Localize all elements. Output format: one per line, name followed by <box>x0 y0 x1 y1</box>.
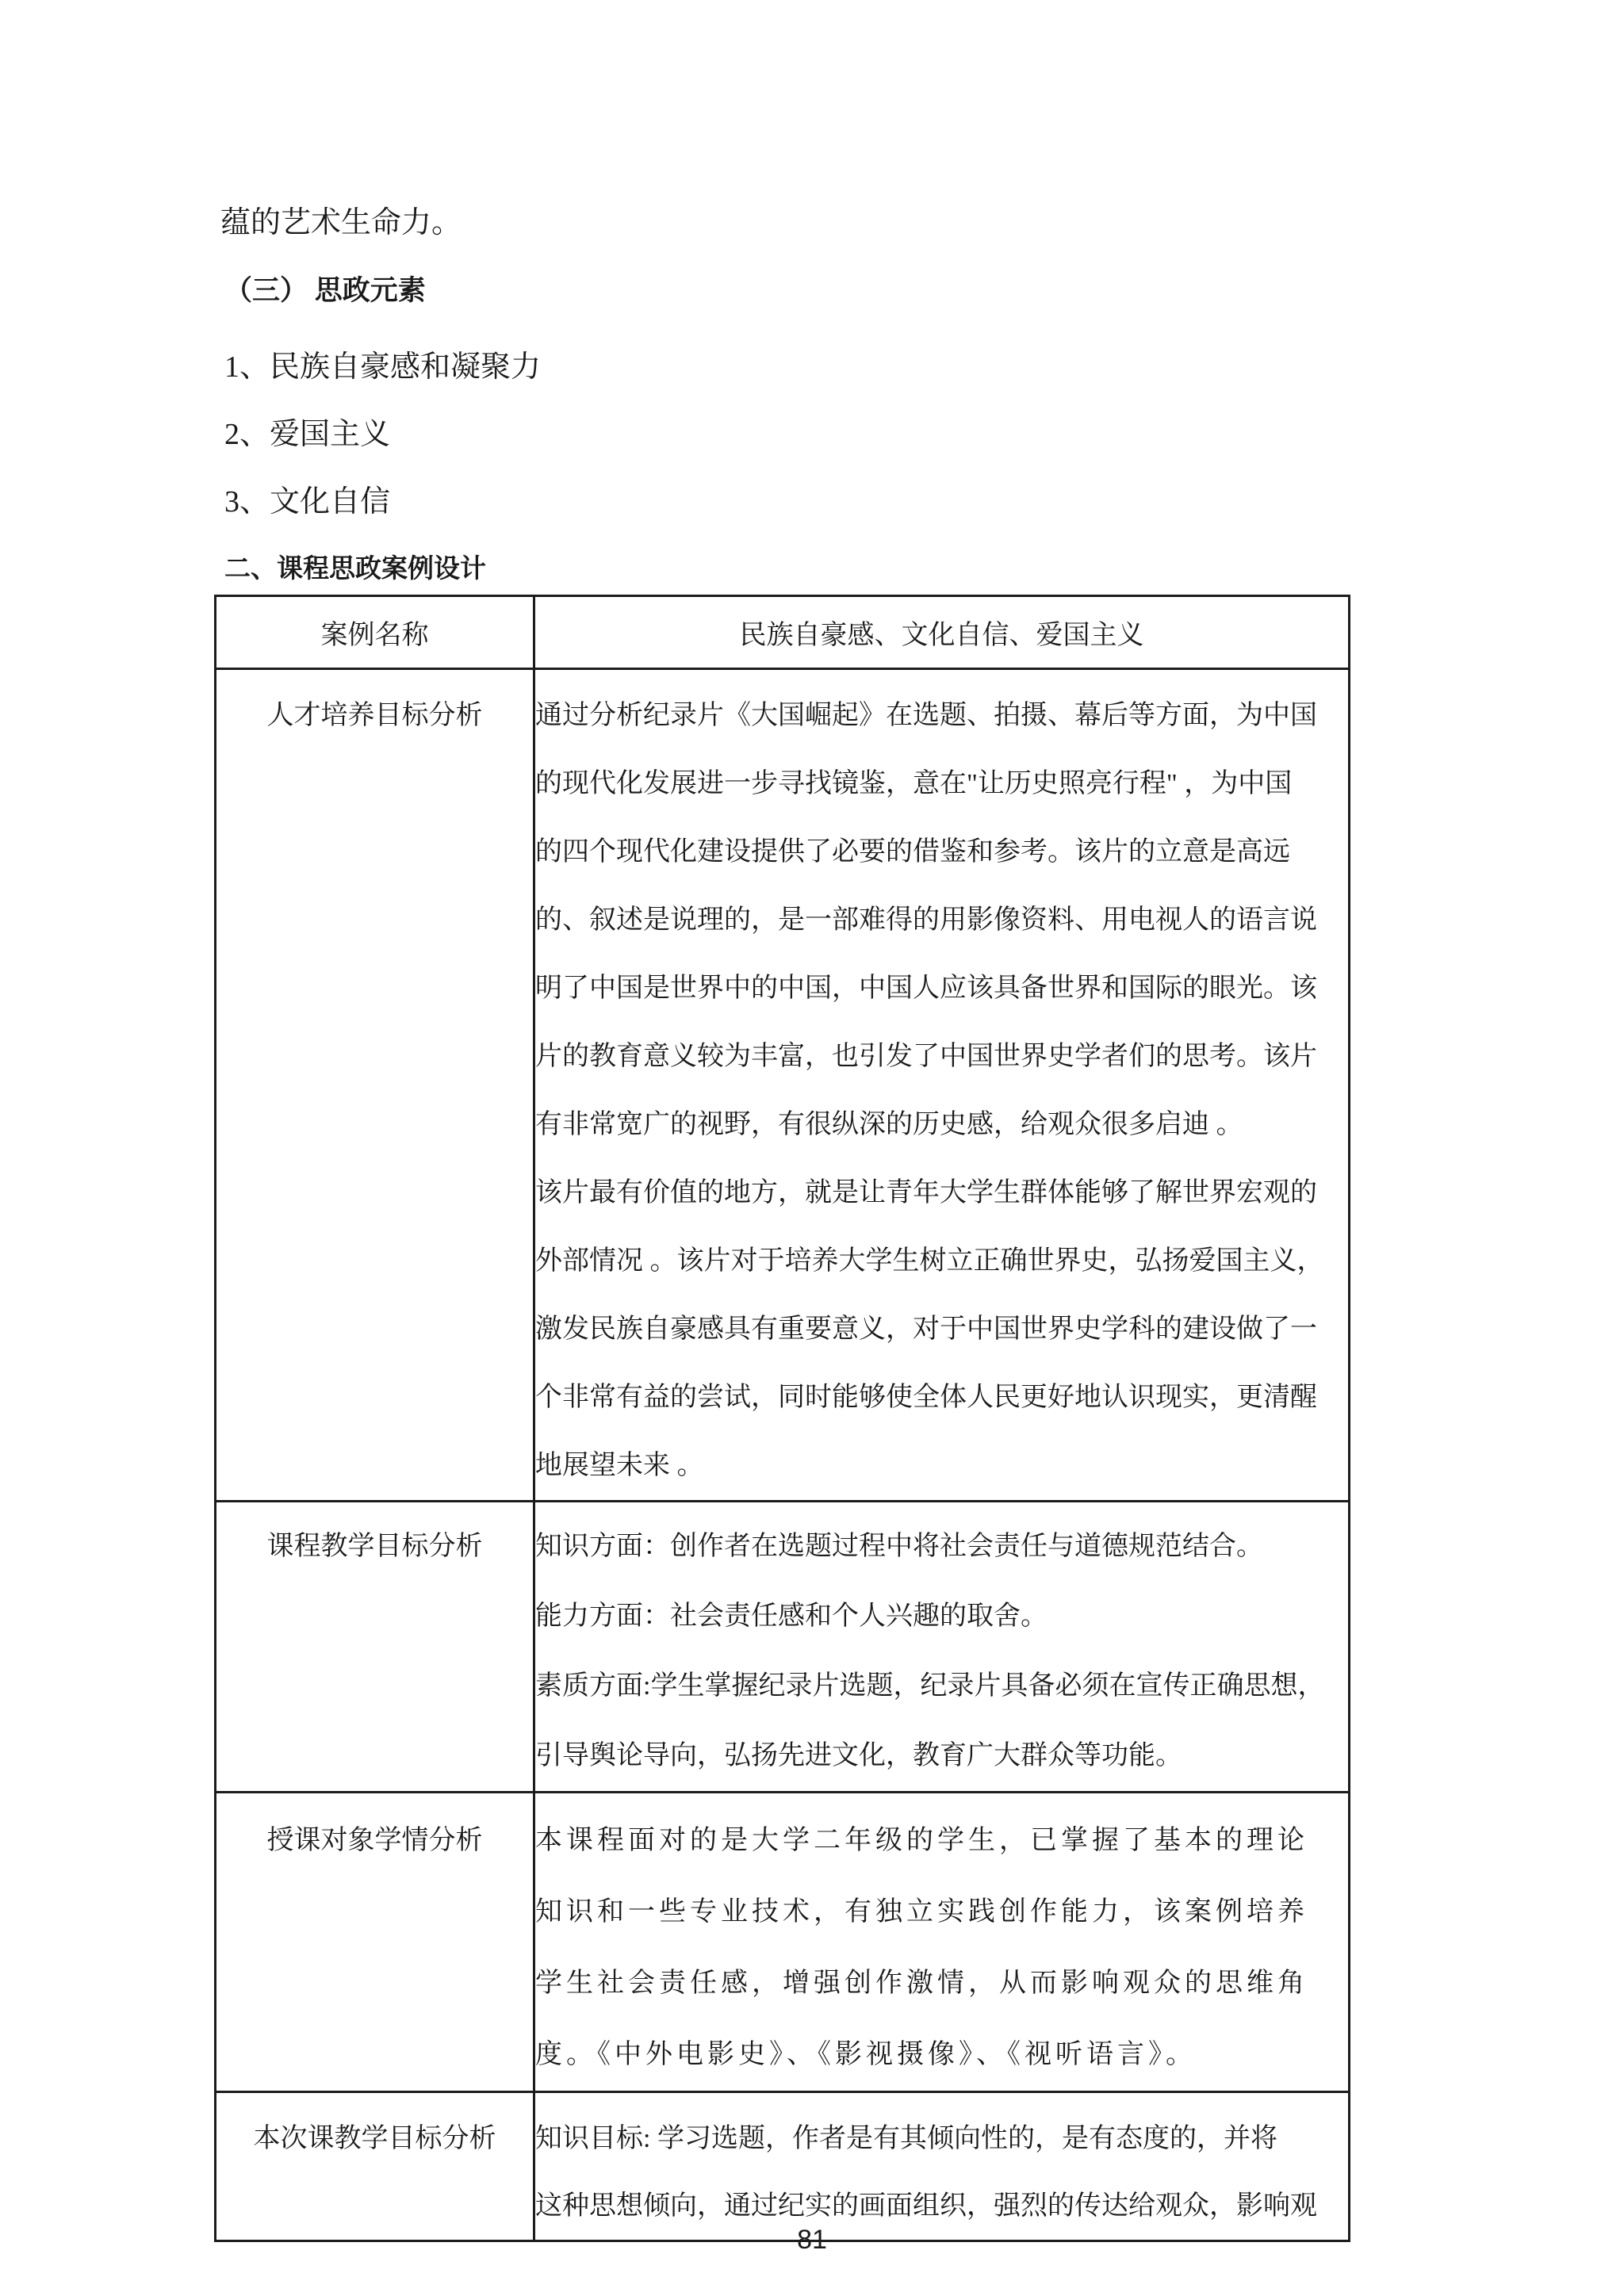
text-line: 的现代化发展进一步寻找镜鉴，意在"让历史照亮行程" ，为中国 <box>535 750 1348 818</box>
subsection-heading: （三） 思政元素 <box>224 274 426 308</box>
header-value-cell: 民族自豪感、文化自信、爱国主义 <box>534 596 1350 669</box>
header-label-cell: 案例名称 <box>216 596 534 669</box>
table-row: 授课对象学情分析 本课程面对的是大学二年级的学生，已掌握了基本的理论知识和一些专… <box>216 1793 1350 2092</box>
text-line: 引导舆论导向，弘扬先进文化，教育广大群众等功能。 <box>535 1721 1348 1791</box>
list-item: 2、爱国主义 <box>224 416 390 453</box>
table-row: 人才培养目标分析 通过分析纪录片《大国崛起》在选题、拍摄、幕后等方面，为中国的现… <box>216 669 1350 1502</box>
text-line: 知识方面：创作者在选题过程中将社会责任与道德规范结合。 <box>535 1512 1348 1582</box>
table-header-row: 案例名称 民族自豪感、文化自信、爱国主义 <box>216 596 1350 669</box>
row-label: 本次课教学目标分析 <box>216 2105 533 2172</box>
row-label-cell: 本次课教学目标分析 <box>216 2092 534 2241</box>
text-line: 地展望未来 。 <box>535 1432 1348 1500</box>
case-design-table: 案例名称 民族自豪感、文化自信、爱国主义 人才培养目标分析 通过分析纪录片《大国… <box>214 595 1350 2242</box>
row-content-cell: 知识方面：创作者在选题过程中将社会责任与道德规范结合。能力方面：社会责任感和个人… <box>534 1502 1350 1793</box>
text-line: 的、叙述是说理的，是一部难得的用影像资料、用电视人的语言说 <box>535 886 1348 955</box>
section-heading: 二、课程思政案例设计 <box>224 553 486 586</box>
row-label-cell: 授课对象学情分析 <box>216 1793 534 2092</box>
text-line: 素质方面:学生掌握纪录片选题，纪录片具备必须在宣传正确思想， <box>535 1651 1348 1721</box>
text-line: 片的教育意义较为丰富，也引发了中国世界史学者们的思考。该片 <box>535 1023 1348 1091</box>
text-line: 知识和一些专业技术，有独立实践创作能力，该案例培养 <box>535 1877 1348 1948</box>
list-item: 1、民族自豪感和凝聚力 <box>224 349 541 385</box>
row-label-cell: 人才培养目标分析 <box>216 669 534 1502</box>
text-line: 学生社会责任感，增强创作激情，从而影响观众的思维角 <box>535 1948 1348 2019</box>
text-line: 有非常宽广的视野，有很纵深的历史感，给观众很多启迪 。 <box>535 1091 1348 1159</box>
text-line: 该片最有价值的地方，就是让青年大学生群体能够了解世界宏观的 <box>535 1159 1348 1227</box>
text-line: 外部情况 。该片对于培养大学生树立正确世界史，弘扬爱国主义， <box>535 1227 1348 1295</box>
text-line: 明了中国是世界中的中国，中国人应该具备世界和国际的眼光。该 <box>535 955 1348 1023</box>
row-label-cell: 课程教学目标分析 <box>216 1502 534 1793</box>
text-line: 本课程面对的是大学二年级的学生，已掌握了基本的理论 <box>535 1805 1348 1877</box>
paragraph-continuation-text: 蕴的艺术生命力。 <box>220 205 462 241</box>
row-label: 课程教学目标分析 <box>216 1512 533 1582</box>
text-line: 通过分析纪录片《大国崛起》在选题、拍摄、幕后等方面，为中国 <box>535 682 1348 750</box>
table-row: 本次课教学目标分析 知识目标: 学习选题，作者是有其倾向性的，是有态度的，并将这… <box>216 2092 1350 2241</box>
text-line: 激发民族自豪感具有重要意义，对于中国世界史学科的建设做了一 <box>535 1295 1348 1364</box>
list-item: 3、文化自信 <box>224 484 390 520</box>
text-line: 度。《中外电影史》、《影视摄像》、《视听语言》。 <box>535 2019 1348 2091</box>
text-line: 能力方面：社会责任感和个人兴趣的取舍。 <box>535 1582 1348 1651</box>
text-line: 个非常有益的尝试，同时能够使全体人民更好地认识现实，更清醒 <box>535 1364 1348 1432</box>
text-line: 的四个现代化建设提供了必要的借鉴和参考。该片的立意是高远 <box>535 818 1348 886</box>
row-label: 授课对象学情分析 <box>216 1805 533 1877</box>
text-line: 知识目标: 学习选题，作者是有其倾向性的，是有态度的，并将 <box>535 2105 1348 2172</box>
table-row: 课程教学目标分析 知识方面：创作者在选题过程中将社会责任与道德规范结合。能力方面… <box>216 1502 1350 1793</box>
row-content-cell: 通过分析纪录片《大国崛起》在选题、拍摄、幕后等方面，为中国的现代化发展进一步寻找… <box>534 669 1350 1502</box>
row-label: 人才培养目标分析 <box>216 682 533 750</box>
row-content-cell: 本课程面对的是大学二年级的学生，已掌握了基本的理论知识和一些专业技术，有独立实践… <box>534 1793 1350 2092</box>
page-number: 81 <box>0 2225 1624 2256</box>
row-content-cell: 知识目标: 学习选题，作者是有其倾向性的，是有态度的，并将这种思想倾向，通过纪实… <box>534 2092 1350 2241</box>
document-page: 蕴的艺术生命力。 （三） 思政元素 1、民族自豪感和凝聚力 2、爱国主义 3、文… <box>0 0 1624 2296</box>
